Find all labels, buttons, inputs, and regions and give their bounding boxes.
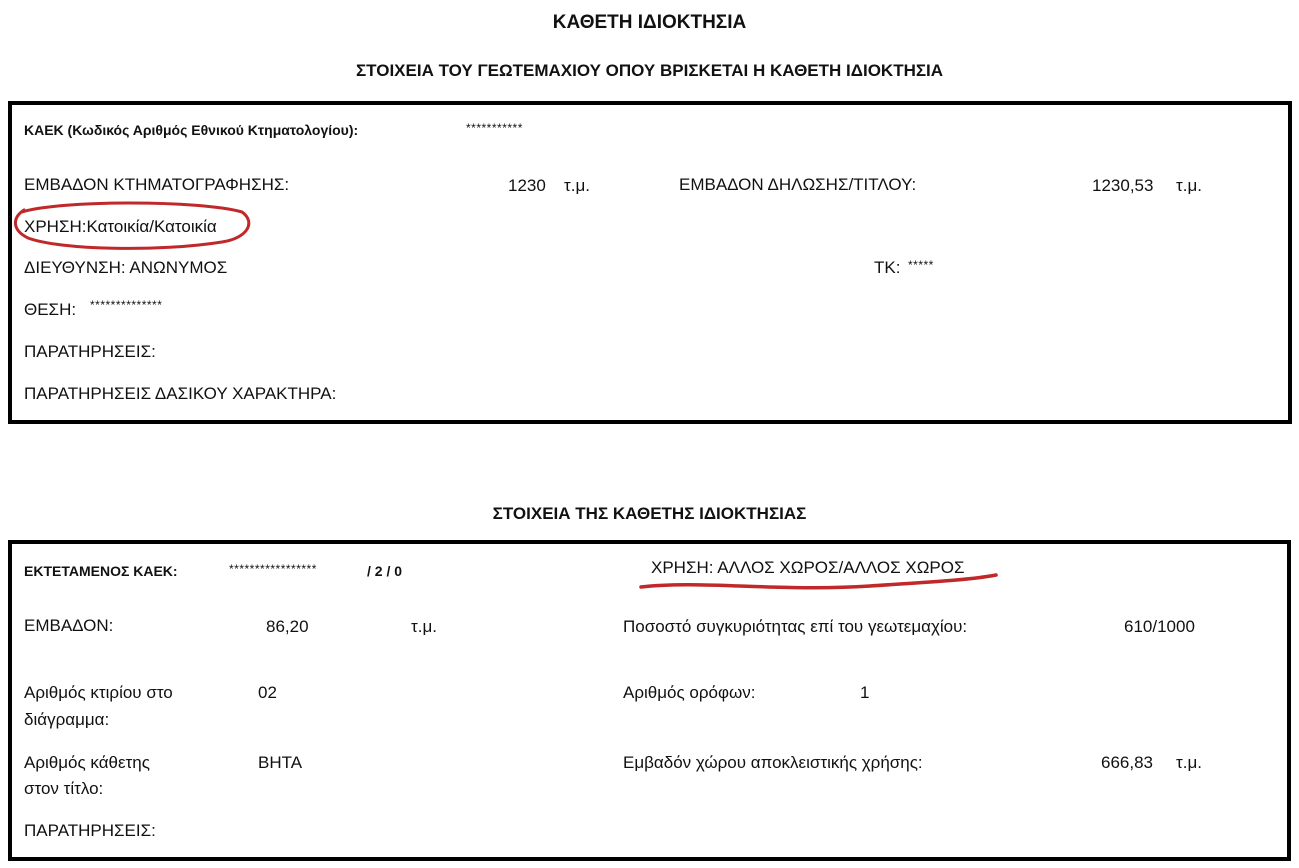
parcel-remarks-label: ΠΑΡΑΤΗΡΗΣΕΙΣ: — [24, 342, 156, 362]
vertical-no-value: ΒΗΤΑ — [258, 753, 302, 773]
property-use: ΧΡΗΣΗ: ΑΛΛΟΣ ΧΩΡΟΣ/ΑΛΛΟΣ ΧΩΡΟΣ — [651, 558, 965, 578]
vertical-no-label-line1: Αριθμός κάθετης — [24, 753, 150, 773]
address-label: ΔΙΕΥΘΥΝΣΗ: ΑΝΩΝΥΜΟΣ — [24, 258, 227, 278]
property-area-unit: τ.μ. — [411, 617, 437, 637]
exclusive-area-unit: τ.μ. — [1176, 753, 1202, 773]
floors-value: 1 — [860, 683, 869, 703]
building-no-value: 02 — [258, 683, 277, 703]
declared-area-label: ΕΜΒΑΔΟΝ ΔΗΛΩΣΗΣ/ΤΙΤΛΟΥ: — [679, 175, 916, 195]
ext-kaek-value: ***************** — [229, 562, 317, 576]
parcel-use: ΧΡΗΣΗ:Κατοικία/Κατοικία — [24, 217, 217, 237]
forest-remarks-label: ΠΑΡΑΤΗΡΗΣΕΙΣ ΔΑΣΙΚΟΥ ΧΑΡΑΚΤΗΡΑ: — [24, 384, 336, 404]
declared-area-value: 1230,53 — [1092, 176, 1153, 196]
property-remarks-label: ΠΑΡΑΤΗΡΗΣΕΙΣ: — [24, 821, 156, 841]
location-value: ************** — [90, 298, 162, 312]
survey-area-unit: τ.μ. — [564, 176, 590, 196]
postal-code-label: ΤΚ: — [874, 258, 900, 278]
parcel-section-title: ΣΤΟΙΧΕΙΑ ΤΟΥ ΓΕΩΤΕΜΑΧΙΟΥ ΟΠΟΥ ΒΡΙΣΚΕΤΑΙ … — [0, 61, 1299, 81]
declared-area-unit: τ.μ. — [1176, 176, 1202, 196]
vertical-no-label-line2: στον τίτλο: — [24, 779, 103, 799]
property-area-value: 86,20 — [266, 617, 309, 637]
postal-code-value: ***** — [908, 258, 934, 272]
exclusive-area-value: 666,83 — [1101, 753, 1153, 773]
exclusive-area-label: Εμβαδόν χώρου αποκλειστικής χρήσης: — [623, 753, 923, 773]
location-label: ΘΕΣΗ: — [24, 300, 76, 320]
ext-kaek-label: ΕΚΤΕΤΑΜΕΝΟΣ ΚΑΕΚ: — [24, 563, 178, 579]
parcel-kaek-label: ΚΑΕΚ (Κωδικός Αριθμός Εθνικού Κτηματολογ… — [24, 122, 358, 138]
share-label: Ποσοστό συγκυριότητας επί του γεωτεμαχίο… — [623, 617, 967, 637]
floors-label: Αριθμός ορόφων: — [623, 683, 756, 703]
document-title: ΚΑΘΕΤΗ ΙΔΙΟΚΤΗΣΙΑ — [0, 12, 1299, 34]
survey-area-label: ΕΜΒΑΔΟΝ ΚΤΗΜΑΤΟΓΡΑΦΗΣΗΣ: — [24, 175, 289, 195]
property-area-label: ΕΜΒΑΔΟΝ: — [24, 616, 113, 636]
parcel-kaek-value: *********** — [466, 121, 523, 135]
survey-area-value: 1230 — [508, 176, 546, 196]
share-value: 610/1000 — [1124, 617, 1195, 637]
ext-kaek-suffix: / 2 / 0 — [367, 563, 402, 579]
building-no-label-line2: διάγραμμα: — [24, 710, 109, 730]
building-no-label-line1: Αριθμός κτιρίου στο — [24, 683, 173, 703]
property-section-title: ΣΤΟΙΧΕΙΑ ΤΗΣ ΚΑΘΕΤΗΣ ΙΔΙΟΚΤΗΣΙΑΣ — [0, 504, 1299, 524]
